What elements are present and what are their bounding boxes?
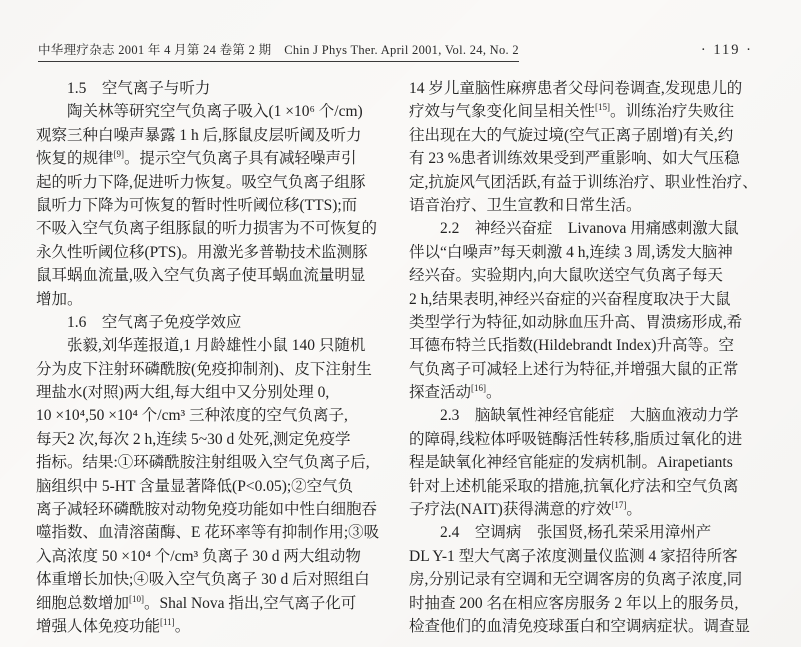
page-header: 中华理疗杂志 2001 年 4 月第 24 卷第 2 期 Chin J Phys… bbox=[38, 40, 781, 64]
text-line: 语音治疗、卫生宣教和日常生活。 bbox=[409, 194, 797, 217]
text-line: 起的听力下降,促进听力恢复。吸空气负离子组豚 bbox=[36, 171, 403, 194]
text-line: 2.2 神经兴奋症 Livanova 用痛感刺激大鼠 bbox=[409, 217, 797, 240]
page-number: · 119 · bbox=[701, 42, 753, 59]
text-line: 入高浓度 50 ×10⁴ 个/cm³ 负离子 30 d 两大组动物 bbox=[36, 545, 403, 568]
text-line: 陶关林等研究空气负离子吸入(1 ×10⁶ 个/cm) bbox=[36, 100, 403, 123]
text-line: 气负离子可减轻上述行为特征,并增强大鼠的正常 bbox=[409, 358, 797, 381]
text-line: 离子减轻环磷酰胺对动物免疫功能如中性白细胞吞 bbox=[36, 498, 403, 521]
text-line: 恢复的规律[9]。提示空气负离子具有减轻噪声引 bbox=[36, 147, 403, 170]
text-line: 鼠耳蜗血流量,吸入空气负离子使耳蜗血流量明显 bbox=[36, 264, 403, 287]
text-line: 时抽查 200 名在相应客房服务 2 年以上的服务员, bbox=[409, 592, 797, 615]
text-line: 1.6 空气离子免疫学效应 bbox=[36, 311, 403, 334]
journal-citation-line: 中华理疗杂志 2001 年 4 月第 24 卷第 2 期 Chin J Phys… bbox=[38, 40, 519, 62]
text-line: 14 岁儿童脑性麻痹患者父母问卷调查,发现患儿的 bbox=[409, 77, 797, 100]
text-line: 2.3 脑缺氧性神经官能症 大脑血液动力学 bbox=[409, 404, 797, 427]
right-column: 14 岁儿童脑性麻痹患者父母问卷调查,发现患儿的疗效与气象变化间呈相关性[15]… bbox=[409, 77, 797, 638]
text-line: 的障碍,线粒体呼吸链酶活性转移,脂质过氧化的进 bbox=[409, 428, 797, 451]
text-line: 往出现在大的气旋过境(空气正离子剧增)有关,约 bbox=[409, 124, 797, 147]
text-line: 疗效与气象变化间呈相关性[15]。训练治疗失败往 bbox=[409, 100, 797, 123]
text-line: 张毅,刘华莲报道,1 月龄雄性小鼠 140 只随机 bbox=[36, 334, 403, 357]
text-line: 子疗法(NAIT)获得满意的疗效[17]。 bbox=[409, 498, 797, 521]
text-line: 永久性听阈位移(PTS)。用激光多普勒技术监测豚 bbox=[36, 241, 403, 264]
text-line: 每天2 次,每次 2 h,连续 5~30 d 处死,测定免疫学 bbox=[36, 428, 403, 451]
text-line: 10 ×10⁴,50 ×10⁴ 个/cm³ 三种浓度的空气负离子, bbox=[36, 404, 403, 427]
text-line: 检查他们的血清免疫球蛋白和空调病症状。调查显 bbox=[409, 615, 797, 638]
text-line: 针对上述机能采取的措施,抗氧化疗法和空气负离 bbox=[409, 475, 797, 498]
text-line: 程是缺氧化神经官能症的发病机制。Airapetiants bbox=[409, 451, 797, 474]
text-line: 2 h,结果表明,神经兴奋症的兴奋程度取决于大鼠 bbox=[409, 288, 797, 311]
text-line: 鼠听力下降为可恢复的暂时性听阈位移(TTS);而 bbox=[36, 194, 403, 217]
text-line: 噬指数、血清溶菌酶、E 花环率等有抑制作用;③吸 bbox=[36, 521, 403, 544]
text-line: 有 23 %患者训练效果受到严重影响、如大气压稳 bbox=[409, 147, 797, 170]
text-line: 耳德布特兰氏指数(Hildebrandt Index)升高等。空 bbox=[409, 334, 797, 357]
text-line: 细胞总数增加[10]。Shal Nova 指出,空气离子化可 bbox=[36, 592, 403, 615]
text-line: 增强人体免疫功能[11]。 bbox=[36, 615, 403, 638]
left-column: 1.5 空气离子与听力陶关林等研究空气负离子吸入(1 ×10⁶ 个/cm)观察三… bbox=[36, 77, 403, 638]
text-line: 经兴奋。实验期内,向大鼠吹送空气负离子每天 bbox=[409, 264, 797, 287]
text-line: 脑组织中 5-HT 含量显著降低(P<0.05);②空气负 bbox=[36, 475, 403, 498]
scanned-journal-page: { "header": { "journal_line": "中华理疗杂志 20… bbox=[0, 0, 801, 647]
text-line: 伴以“白噪声”每天刺激 4 h,连续 3 周,诱发大脑神 bbox=[409, 241, 797, 264]
text-line: 不吸入空气负离子组豚鼠的听力损害为不可恢复的 bbox=[36, 217, 403, 240]
text-line: 探查活动[16]。 bbox=[409, 381, 797, 404]
text-line: 增加。 bbox=[36, 288, 403, 311]
text-line: 理盐水(对照)两大组,每大组中又分别处理 0, bbox=[36, 381, 403, 404]
text-line: 分为皮下注射环磷酰胺(免疫抑制剂)、皮下注射生 bbox=[36, 358, 403, 381]
text-line: 定,抗旋风气团活跃,有益于训练治疗、职业性治疗、 bbox=[409, 171, 797, 194]
text-line: 2.4 空调病 张国贤,杨孔荣采用漳州产 bbox=[409, 521, 797, 544]
text-line: 体重增长加快;④吸入空气负离子 30 d 后对照组白 bbox=[36, 568, 403, 591]
text-line: 类型学行为特征,如动脉血压升高、胃溃疡形成,希 bbox=[409, 311, 797, 334]
text-line: 1.5 空气离子与听力 bbox=[36, 77, 403, 100]
text-line: 房,分别记录有空调和无空调客房的负离子浓度,同 bbox=[409, 568, 797, 591]
text-line: 指标。结果:①环磷酰胺注射组吸入空气负离子后, bbox=[36, 451, 403, 474]
text-line: DL Y-1 型大气离子浓度测量仪监测 4 家招待所客 bbox=[409, 545, 797, 568]
text-line: 观察三种白噪声暴露 1 h 后,豚鼠皮层听阈及听力 bbox=[36, 124, 403, 147]
